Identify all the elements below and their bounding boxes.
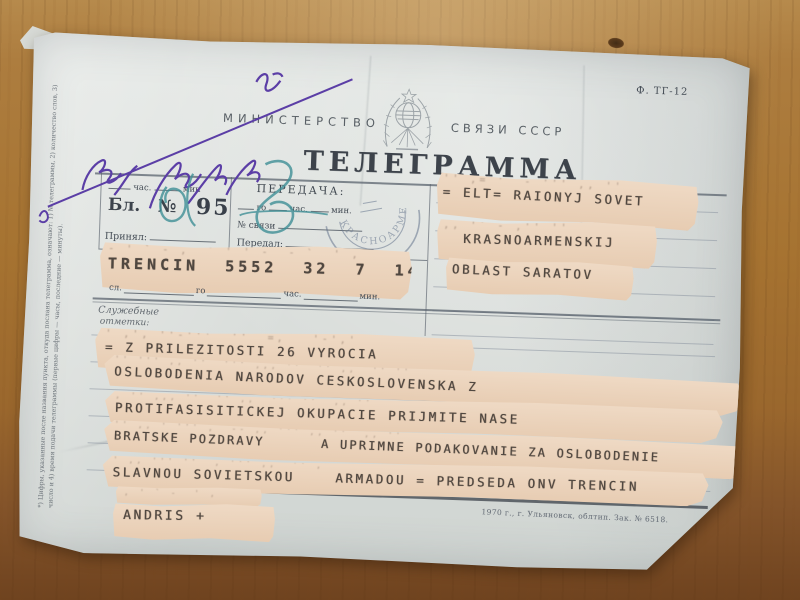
telegram-document: *) Цифры, указанные после названия пункт… (30, 30, 752, 552)
form-code: Ф. ТГ-12 (636, 85, 688, 98)
service-marks-label: Служебные (98, 305, 159, 318)
handwritten-scribble-teal (142, 142, 346, 273)
minute-label: мин. (359, 292, 380, 303)
service-marks-label: отметки: (100, 317, 150, 329)
separator-rule (93, 301, 721, 324)
telegram-form-paper: *) Цифры, указанные после названия пункт… (12, 30, 752, 577)
address-line (432, 334, 714, 345)
signature-line-text: ANDRIS + (123, 508, 265, 525)
printer-imprint: 1970 г., г. Ульяновск, облтип. Зак. № 65… (481, 507, 668, 524)
sl-label: сл. (109, 283, 122, 293)
address-line-text: OBLAST SARATOV (452, 261, 628, 283)
hour-label: час. (283, 289, 301, 300)
ministry-label-right: СВЯЗИ СССР (451, 121, 566, 139)
go-label: го (196, 286, 206, 296)
telegram-tape-strip: ANDRIS + (113, 502, 276, 542)
telegram-tape-strip: , ' ` - ' , (116, 486, 262, 508)
faded-type-row: , ' ` - ' , (124, 488, 254, 499)
